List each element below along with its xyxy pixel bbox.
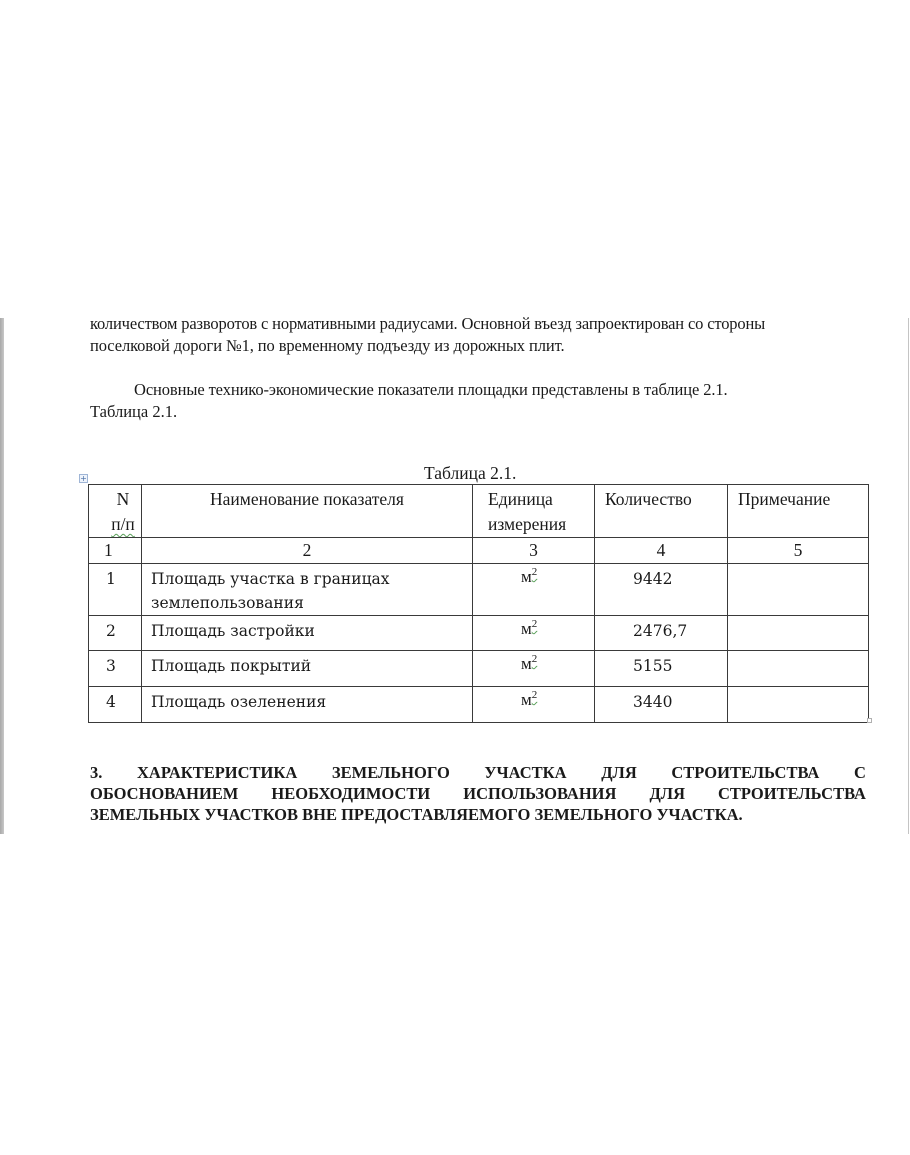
heading-word: СТРОИТЕЛЬСТВА xyxy=(671,762,819,783)
row-quantity: 2476,7 xyxy=(595,616,728,651)
header-note-text: Примечание xyxy=(738,487,868,512)
row-name-line-2: землепользования xyxy=(151,591,472,615)
section-heading: 3.ХАРАКТЕРИСТИКАЗЕМЕЛЬНОГОУЧАСТКАДЛЯСТРО… xyxy=(90,762,866,825)
column-index: 1 xyxy=(89,538,142,564)
header-number-line-1: N xyxy=(105,487,141,512)
header-quantity: Количество xyxy=(595,485,728,538)
row-number: 4 xyxy=(89,687,142,723)
heading-word: 3. xyxy=(90,762,102,783)
unit-base: м xyxy=(521,690,532,709)
table-row: 1 Площадь участка в границах землепользо… xyxy=(89,564,869,616)
row-name: Площадь озеленения xyxy=(142,687,473,723)
unit-base: м xyxy=(521,654,532,673)
heading-word: ХАРАКТЕРИСТИКА xyxy=(137,762,297,783)
unit-exponent: 2 xyxy=(532,618,538,630)
header-number-line-2: п/п xyxy=(111,512,135,537)
row-note xyxy=(728,616,869,651)
page-right-edge xyxy=(908,318,909,834)
row-unit: м2 xyxy=(473,616,595,651)
table-row: 4 Площадь озеленения м2 3440 xyxy=(89,687,869,723)
move-cross-icon[interactable]: + xyxy=(79,474,88,483)
heading-word: ЗЕМЕЛЬНОГО xyxy=(332,762,450,783)
header-unit: Единица измерения xyxy=(473,485,595,538)
paragraph-2-line-2: Таблица 2.1. xyxy=(90,402,177,422)
heading-word: СТРОИТЕЛЬСТВА xyxy=(718,783,866,804)
table-caption: Таблица 2.1. xyxy=(424,462,516,484)
header-note: Примечание xyxy=(728,485,869,538)
heading-word: ИСПОЛЬЗОВАНИЯ xyxy=(463,783,616,804)
section-heading-line-3: ЗЕМЕЛЬНЫХ УЧАСТКОВ ВНЕ ПРЕДОСТАВЛЯЕМОГО … xyxy=(90,804,866,825)
unit-exponent: 2 xyxy=(532,566,538,578)
section-heading-line-1: 3.ХАРАКТЕРИСТИКАЗЕМЕЛЬНОГОУЧАСТКАДЛЯСТРО… xyxy=(90,762,866,783)
row-unit: м2 xyxy=(473,687,595,723)
paragraph-1-line-2: поселковой дороги №1, по временному подъ… xyxy=(90,336,564,356)
row-number: 2 xyxy=(89,616,142,651)
row-name: Площадь покрытий xyxy=(142,651,473,687)
header-number: N п/п xyxy=(89,485,142,538)
row-name: Площадь застройки xyxy=(142,616,473,651)
row-quantity: 3440 xyxy=(595,687,728,723)
table-row: 2 Площадь застройки м2 2476,7 xyxy=(89,616,869,651)
heading-word: УЧАСТКА xyxy=(484,762,566,783)
row-unit: м2 xyxy=(473,651,595,687)
column-index: 3 xyxy=(473,538,595,564)
row-note xyxy=(728,651,869,687)
header-name-text: Наименование показателя xyxy=(142,487,472,512)
heading-word: НЕОБХОДИМОСТИ xyxy=(271,783,430,804)
row-number: 3 xyxy=(89,651,142,687)
row-unit: м2 xyxy=(473,564,595,616)
paragraph-1-line-1: количеством разворотов с нормативными ра… xyxy=(90,314,765,334)
unit-base: м xyxy=(521,567,532,586)
row-name: Площадь участка в границах землепользова… xyxy=(142,564,473,616)
row-note xyxy=(728,687,869,723)
row-number: 1 xyxy=(89,564,142,616)
column-index: 2 xyxy=(142,538,473,564)
heading-word: ДЛЯ xyxy=(601,762,637,783)
paragraph-2-line-1: Основные технико-экономические показател… xyxy=(134,380,728,400)
header-name: Наименование показателя xyxy=(142,485,473,538)
row-note xyxy=(728,564,869,616)
header-unit-line-1: Единица xyxy=(488,487,594,512)
indicators-table: N п/п Наименование показателя Единица из… xyxy=(88,484,869,723)
page-left-edge xyxy=(0,318,4,834)
table-header-row: N п/п Наименование показателя Единица из… xyxy=(89,485,869,538)
row-name-line-1: Площадь участка в границах xyxy=(151,567,472,591)
column-index: 4 xyxy=(595,538,728,564)
heading-word: ДЛЯ xyxy=(649,783,685,804)
heading-word: ОБОСНОВАНИЕМ xyxy=(90,783,238,804)
unit-exponent: 2 xyxy=(532,689,538,701)
unit-base: м xyxy=(521,619,532,638)
header-unit-line-2: измерения xyxy=(488,512,594,537)
column-index: 5 xyxy=(728,538,869,564)
unit-exponent: 2 xyxy=(532,653,538,665)
table-resize-handle[interactable] xyxy=(867,718,872,723)
table-row: 3 Площадь покрытий м2 5155 xyxy=(89,651,869,687)
row-quantity: 5155 xyxy=(595,651,728,687)
heading-word: С xyxy=(854,762,866,783)
column-index-row: 1 2 3 4 5 xyxy=(89,538,869,564)
section-heading-line-2: ОБОСНОВАНИЕМНЕОБХОДИМОСТИИСПОЛЬЗОВАНИЯДЛ… xyxy=(90,783,866,804)
header-quantity-text: Количество xyxy=(605,487,727,512)
row-quantity: 9442 xyxy=(595,564,728,616)
